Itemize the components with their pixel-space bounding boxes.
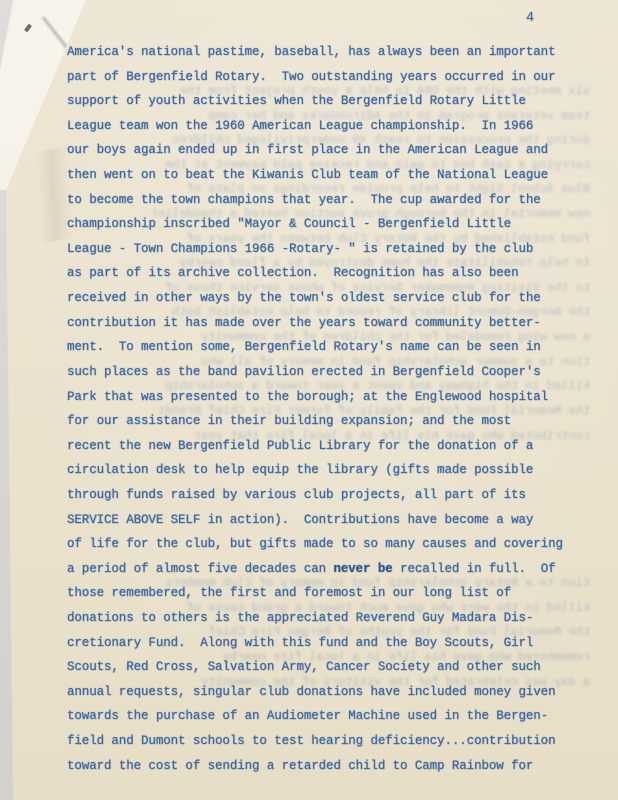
typed-line: then went on to beat the Kiwanis Club te… [67,163,587,188]
typewritten-page: six meeting with the DRA to help a youth… [0,0,618,800]
typed-line: ment. To mention some, Bergenfield Rotar… [67,335,587,360]
typed-line: towards the purchase of an Audiometer Ma… [67,704,587,729]
typed-line: field and Dumont schools to test hearing… [67,729,587,754]
page-number: 4 [526,11,534,26]
typed-line: League - Town Champions 1966 -Rotary- " … [67,237,587,262]
typed-line: recent the new Bergenfield Public Librar… [67,434,587,459]
typed-line: SERVICE ABOVE SELF in action). Contribut… [67,508,587,533]
typed-line: a period of almost five decades can neve… [67,557,587,582]
typed-line: to become the town champions that year. … [67,188,587,213]
typed-line: for our assistance in their building exp… [67,409,587,434]
typed-line: annual requests, singular club donations… [67,680,587,705]
typed-line: support of youth activities when the Ber… [67,89,587,114]
typed-line: part of Bergenfield Rotary. Two outstand… [67,65,587,90]
typed-line: of life for the club, but gifts made to … [67,532,587,557]
typed-line: donations to others is the appreciated R… [67,606,587,631]
typed-line: League team won the 1960 American League… [67,114,587,139]
typed-line: America's national pastime, baseball, ha… [67,40,587,65]
typed-line: contribution it has made over the years … [67,311,587,336]
typed-line: those remembered, the first and foremost… [67,581,587,606]
typed-text-block: America's national pastime, baseball, ha… [67,40,587,778]
typed-line: cretionary Fund. Along with this fund an… [67,631,587,656]
typed-line: as part of its archive collection. Recog… [67,261,587,286]
scanned-document: six meeting with the DRA to help a youth… [0,0,618,800]
typed-line: such places as the band pavilion erected… [67,360,587,385]
typed-line: Park that was presented to the borough; … [67,385,587,410]
typed-line: Scouts, Red Cross, Salvation Army, Cance… [67,655,587,680]
typed-line: toward the cost of sending a retarded ch… [67,754,587,779]
typed-line: championship inscribed "Mayor & Council … [67,212,587,237]
typed-line: our boys again ended up in first place i… [67,138,587,163]
typed-line: circulation desk to help equip the libra… [67,458,587,483]
typed-line: through funds raised by various club pro… [67,483,587,508]
typed-line: received in other ways by the town's old… [67,286,587,311]
